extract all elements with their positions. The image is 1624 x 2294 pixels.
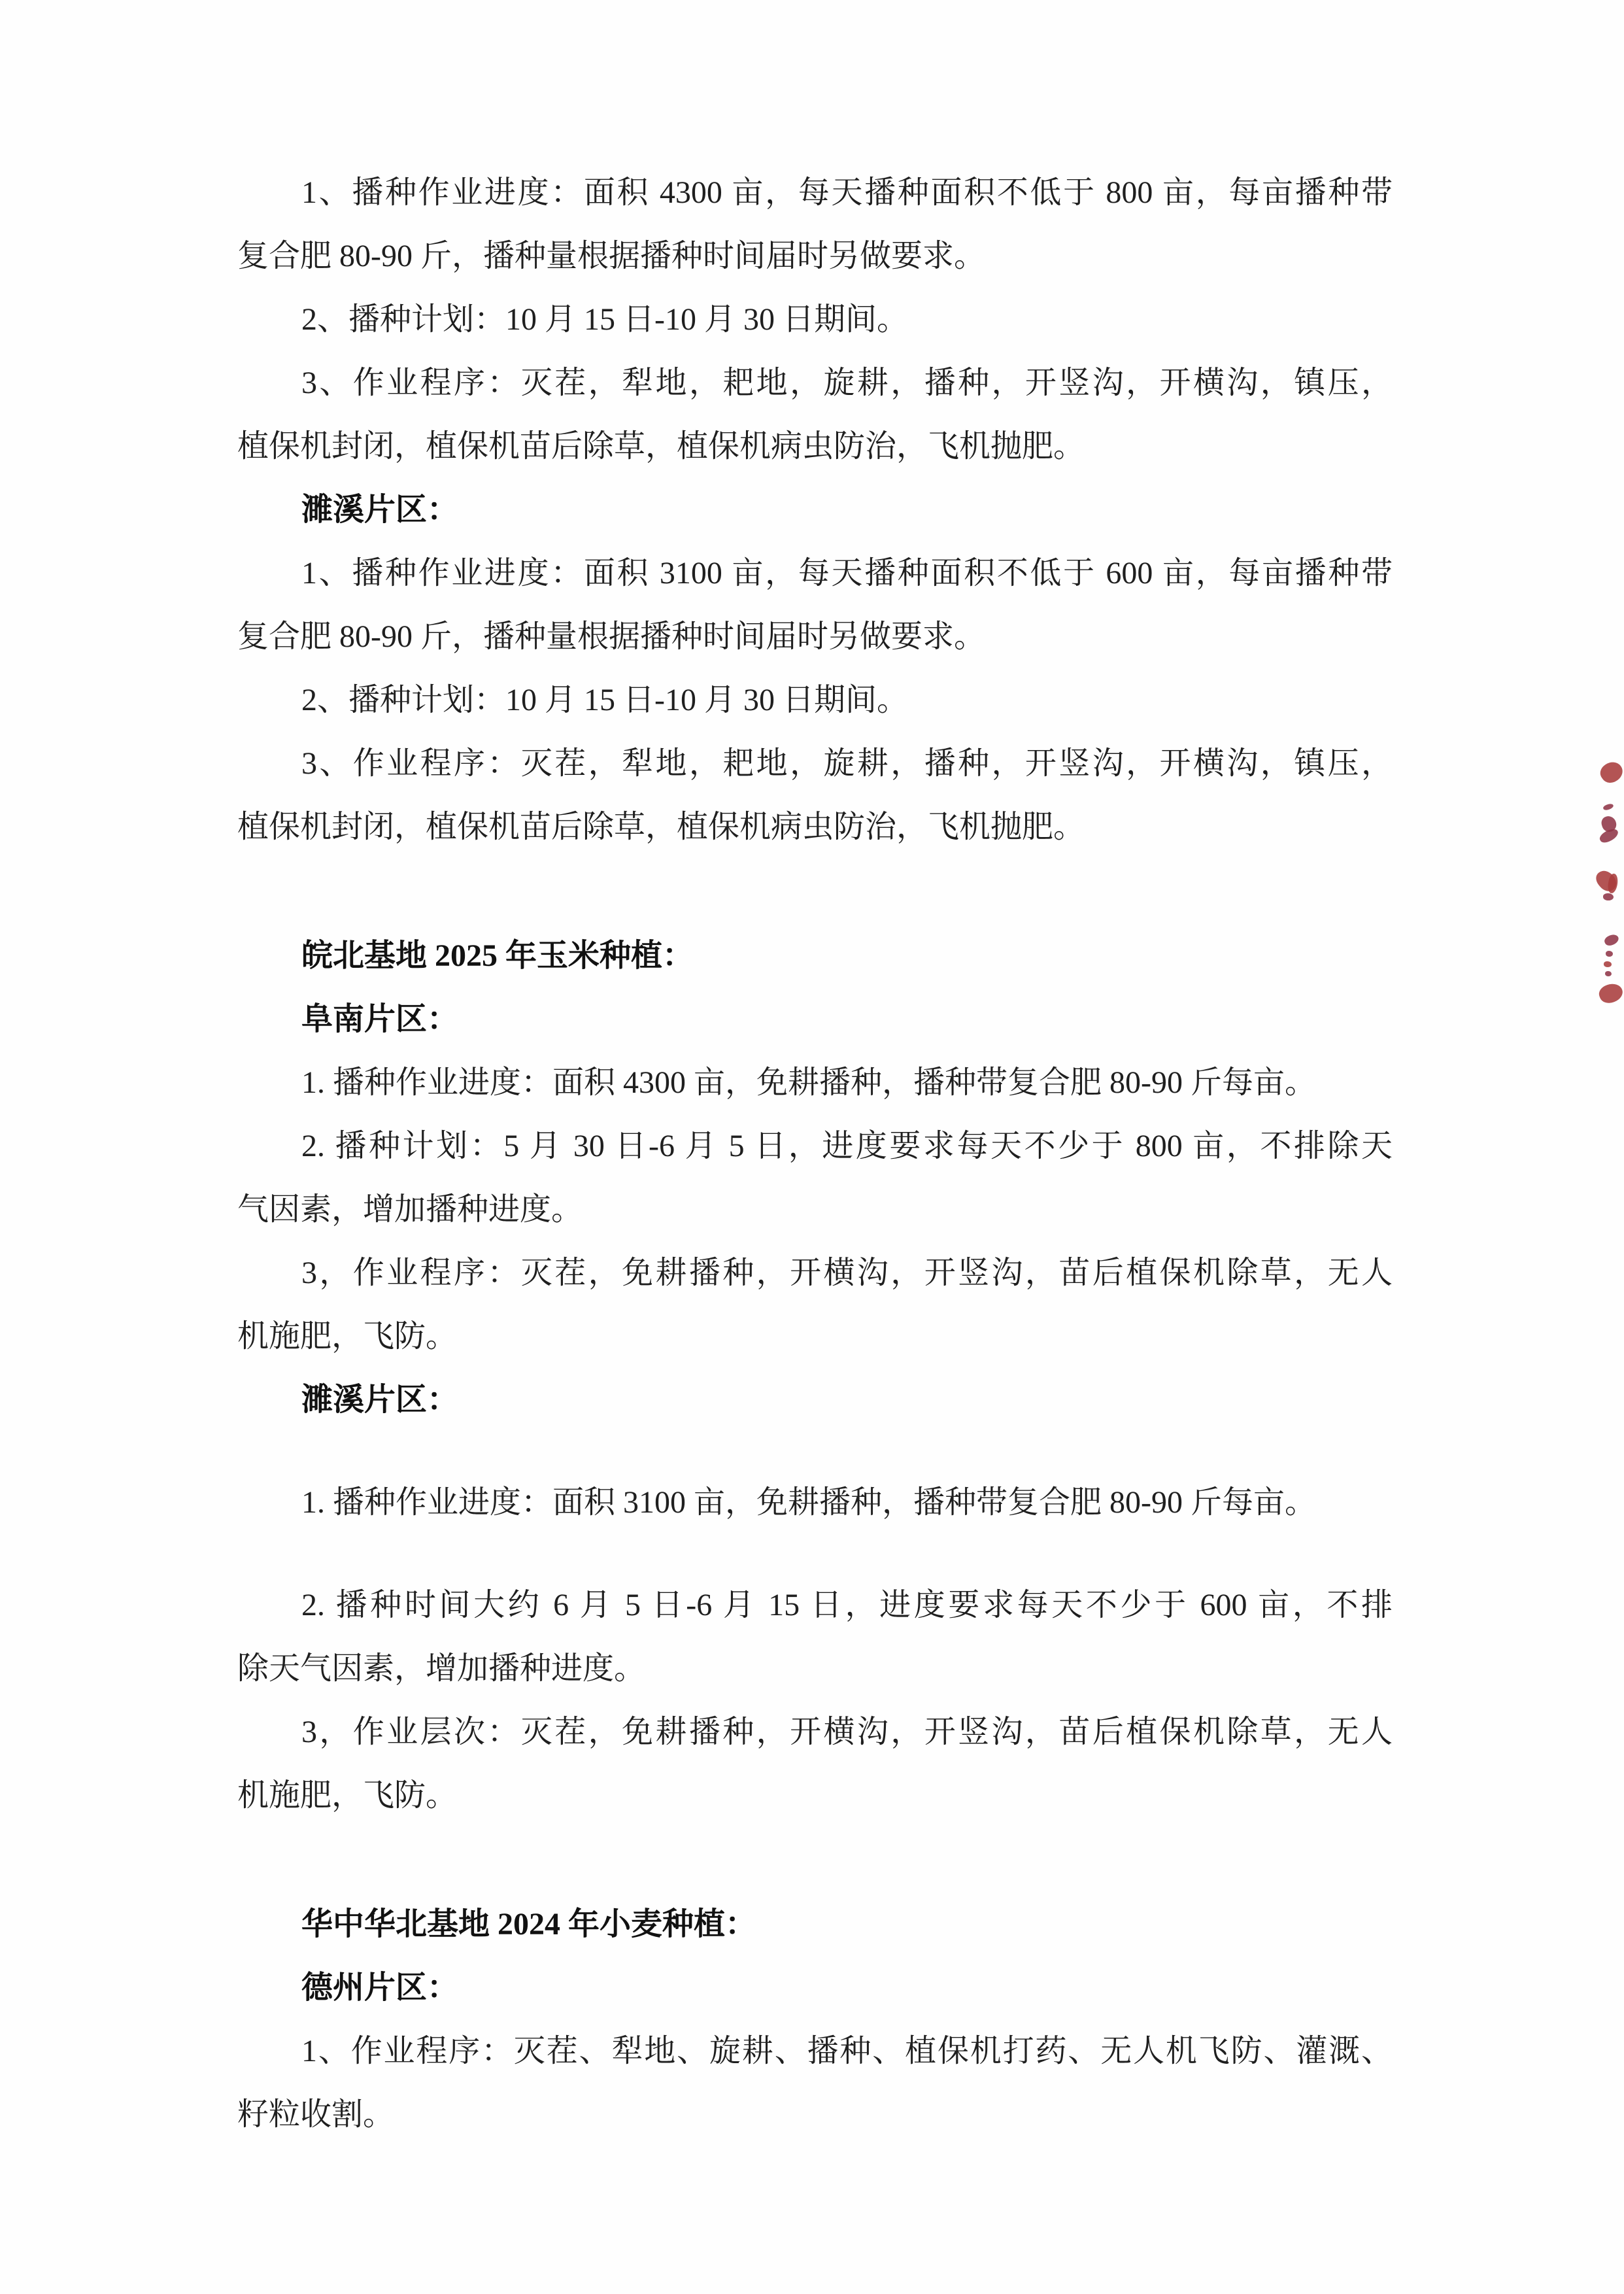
red-ink-fragment bbox=[1604, 961, 1612, 967]
scanned-document-page: 1、播种作业进度：面积 4300 亩，每天播种面积不低于 800 亩，每亩播种带… bbox=[0, 0, 1624, 2294]
red-ink-fragment bbox=[1593, 867, 1620, 895]
red-ink-fragment bbox=[1597, 981, 1624, 1006]
section-heading: 德州片区： bbox=[237, 1956, 1393, 2019]
document-line: 2、播种计划：10 月 15 日-10 月 30 日期间。 bbox=[237, 668, 1393, 732]
document-line: 植保机封闭，植保机苗后除草，植保机病虫防治，飞机抛肥。 bbox=[237, 795, 1393, 859]
document-line: 3、作业程序：灭茬，犁地，耙地，旋耕，播种，开竖沟，开横沟，镇压， bbox=[237, 732, 1393, 795]
section-heading: 濉溪片区： bbox=[237, 1368, 1393, 1431]
red-ink-fragment bbox=[1605, 971, 1612, 976]
document-line: 3，作业层次：灭茬，免耕播种，开横沟，开竖沟，苗后植保机除草，无人 bbox=[237, 1700, 1393, 1764]
document-line: 3、作业程序：灭茬，犁地，耙地，旋耕，播种，开竖沟，开横沟，镇压， bbox=[237, 351, 1393, 415]
document-line: 2、播种计划：10 月 15 日-10 月 30 日期间。 bbox=[237, 288, 1393, 351]
document-line: 机施肥，飞防。 bbox=[237, 1764, 1393, 1827]
document-line: 1、播种作业进度：面积 4300 亩，每天播种面积不低于 800 亩，每亩播种带 bbox=[237, 161, 1393, 224]
document-line: 1、作业程序：灭茬、犁地、旋耕、播种、植保机打药、无人机飞防、灌溉、 bbox=[237, 2019, 1393, 2083]
section-heading: 濉溪片区： bbox=[237, 478, 1393, 541]
red-ink-fragment bbox=[1602, 803, 1614, 812]
red-ink-fragment bbox=[1600, 815, 1617, 834]
section-heading: 皖北基地 2025 年玉米种植： bbox=[237, 924, 1393, 987]
document-line: 植保机封闭，植保机苗后除草，植保机病虫防治，飞机抛肥。 bbox=[237, 415, 1393, 478]
document-line: 籽粒收割。 bbox=[237, 2083, 1393, 2146]
document-line: 复合肥 80-90 斤，播种量根据播种时间届时另做要求。 bbox=[237, 224, 1393, 288]
document-line: 3，作业程序：灭茬，免耕播种，开横沟，开竖沟，苗后植保机除草，无人 bbox=[237, 1241, 1393, 1305]
document-line: 除天气因素，增加播种进度。 bbox=[237, 1637, 1393, 1700]
red-ink-fragment bbox=[1603, 893, 1614, 900]
document-line: 1. 播种作业进度：面积 4300 亩，免耕播种，播种带复合肥 80-90 斤每… bbox=[237, 1051, 1393, 1114]
document-body: 1、播种作业进度：面积 4300 亩，每天播种面积不低于 800 亩，每亩播种带… bbox=[237, 161, 1393, 2146]
document-line: 1. 播种作业进度：面积 3100 亩，免耕播种，播种带复合肥 80-90 斤每… bbox=[237, 1471, 1393, 1534]
red-ink-fragment bbox=[1603, 933, 1620, 948]
section-heading: 阜南片区： bbox=[237, 987, 1393, 1051]
document-line: 复合肥 80-90 斤，播种量根据播种时间届时另做要求。 bbox=[237, 605, 1393, 668]
document-line: 2. 播种计划：5 月 30 日-6 月 5 日，进度要求每天不少于 800 亩… bbox=[237, 1114, 1393, 1178]
red-ink-fragment bbox=[1607, 873, 1619, 894]
document-line: 2. 播种时间大约 6 月 5 日-6 月 15 日，进度要求每天不少于 600… bbox=[237, 1573, 1393, 1637]
document-line: 气因素，增加播种进度。 bbox=[237, 1178, 1393, 1241]
document-line: 机施肥，飞防。 bbox=[237, 1305, 1393, 1368]
red-ink-fragment bbox=[1598, 827, 1620, 846]
document-line: 1、播种作业进度：面积 3100 亩，每天播种面积不低于 600 亩，每亩播种带 bbox=[237, 541, 1393, 605]
red-ink-fragment bbox=[1597, 758, 1624, 787]
section-heading: 华中华北基地 2024 年小麦种植： bbox=[237, 1892, 1393, 1956]
red-ink-fragment bbox=[1606, 951, 1613, 957]
